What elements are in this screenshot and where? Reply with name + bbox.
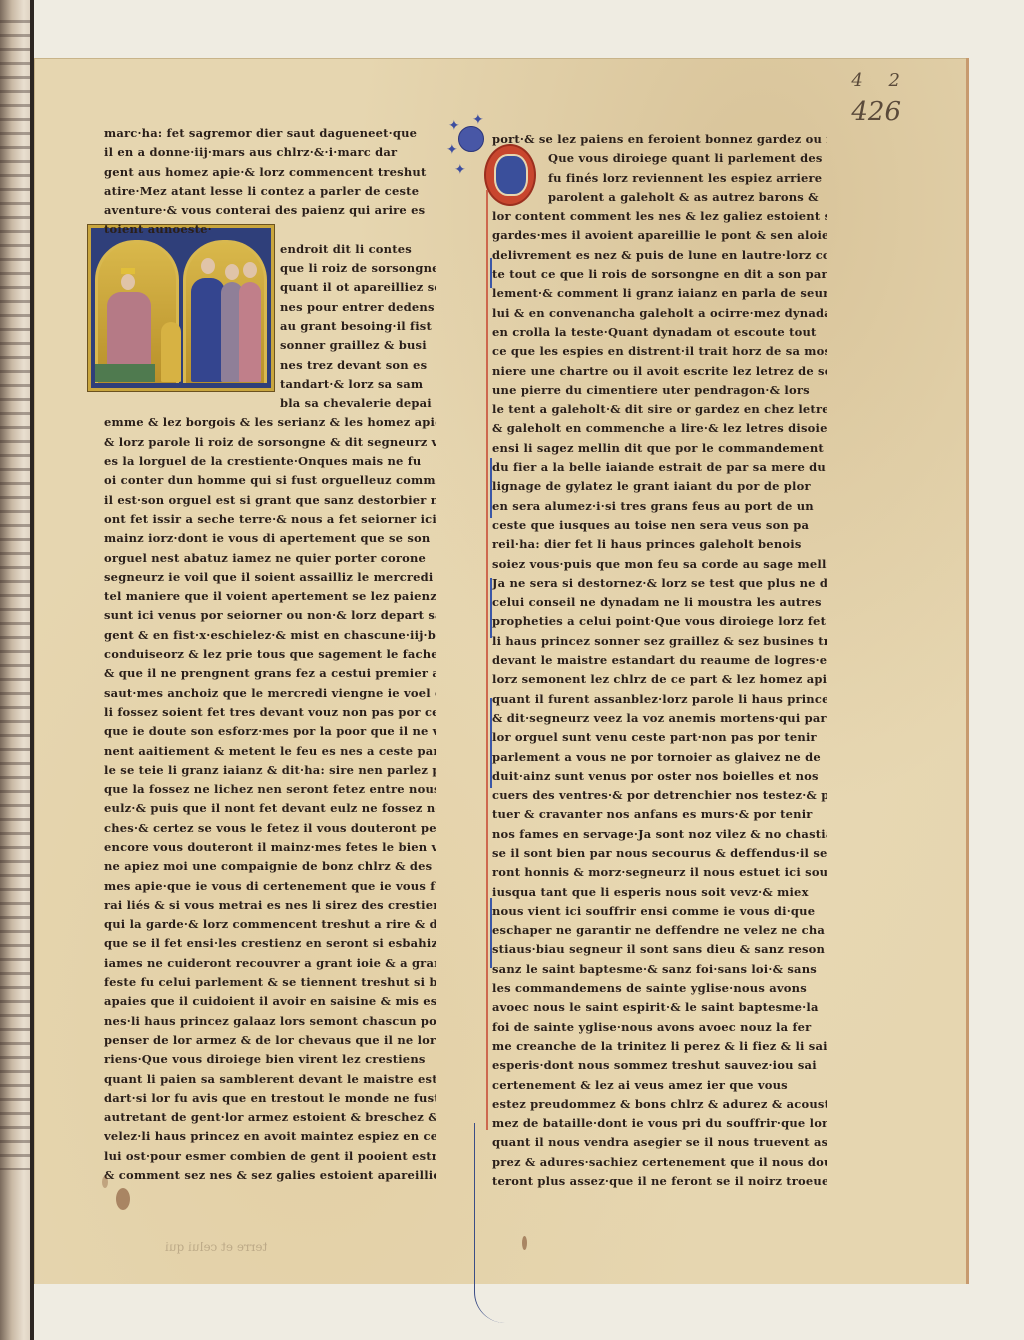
text-line: nes trez devant son es [104,356,436,375]
text-line: esperis·dont nous sommez treshut sauvez·… [492,1056,827,1075]
text-line: eschaper ne garantir ne deffendre ne vel… [492,921,827,940]
ink-stain [102,1176,108,1188]
text-line: nes·li haus princez galaaz lors semont c… [104,1012,436,1031]
text-line: dart·si lor fu avis que en trestout le m… [104,1089,436,1108]
text-line: quant il nous vendra asegier se il nous … [492,1133,827,1152]
text-line: iames ne cuideront recouvrer a grant ioi… [104,954,436,973]
text-line: ensi li sagez mellin dit que por le comm… [492,439,827,458]
text-line: nos fames en servage·Ja sont noz vilez &… [492,825,827,844]
text-line: lor orguel sunt venu ceste part·non pas … [492,728,827,747]
text-line: emme & lez borgois & les serianz & les h… [104,413,436,432]
text-line: apaies que il cuidoient il avoir en sais… [104,992,436,1011]
text-line: au grant besoing·il fist [104,317,436,336]
text-line: parlement a vous ne por tornoier as glai… [492,748,827,767]
text-line: que ie doute son esforz·mes por la poor … [104,722,436,741]
text-line: foi de sainte yglise·nous avons avoec no… [492,1018,827,1037]
text-line: Que vous diroiege quant li parlement des… [492,149,827,168]
offset-ghost-text: terre et celui qui [165,1240,267,1254]
text-line: bla sa chevalerie depai [104,394,436,413]
text-line: tandart·& lorz sa sam [104,375,436,394]
text-line: riens·Que vous diroiege bien virent lez … [104,1050,436,1069]
text-line: cuers des ventres·& por detrenchier nos … [492,786,827,805]
text-line: reil·ha: dier fet li haus princes galeho… [492,535,827,554]
text-line: te tout ce que li rois de sorsongne en d… [492,265,827,284]
text-line: mes apie·que ie vous di certenement que … [104,877,436,896]
text-line: saut·mes anchoiz que le mercredi viengne… [104,684,436,703]
flourish-star-icon: ✦ [448,118,460,134]
text-line: qui la garde·& lorz commencent treshut a… [104,915,436,934]
text-line: aventure·& vous conterai des paienz qui … [104,201,436,220]
text-line: velez·li haus princez en avoit maintez e… [104,1127,436,1146]
text-line: oi conter dun homme qui si fust orguelle… [104,471,436,490]
text-line: avoec nous le saint espirit·& le saint b… [492,998,827,1017]
text-line: prez & adures·sachiez certenement que il… [492,1153,827,1172]
text-line: quant il furent assanblez·lorz parole li… [492,690,827,709]
text-line: le se teie li granz iaianz & dit·ha: sir… [104,761,436,780]
text-line: parolent a galeholt & as autrez barons & [492,188,827,207]
adjacent-page-spine [0,0,34,1340]
text-line: endroit dit li contes [104,240,436,259]
text-line: se il sont bien par nous secourus & deff… [492,844,827,863]
text-line: & galeholt en commenche a lire·& lez let… [492,419,827,438]
text-line: toient aunoeste· [104,220,436,239]
text-line: me creanche de la trinitez li perez & li… [492,1037,827,1056]
text-line: une pierre du cimentiere uter pendragon·… [492,381,827,400]
folio-number: 4 2 426 [851,70,910,127]
text-line: gent & en fist·x·eschielez·& mist en cha… [104,626,436,645]
text-line: stiaus·biau segneur il sont sans dieu & … [492,940,827,959]
text-line: lui & en convenancha galeholt a ocirre·m… [492,304,827,323]
text-line: que li roiz de sorsongne [104,259,436,278]
text-line: ont fet issir a seche terre·& nous a fet… [104,510,436,529]
text-line: ches·& certez se vous le fetez il vous d… [104,819,436,838]
text-line: lui ost·pour esmer combien de gent il po… [104,1147,436,1166]
text-line: es la lorguel de la crestiente·Onques ma… [104,452,436,471]
folio-top-mark: 4 2 [851,70,910,91]
text-line: celui conseil ne dynadam ne li moustra l… [492,593,827,612]
text-line: du fier a la belle iaiande estrait de pa… [492,458,827,477]
text-line: quant li paien sa samblerent devant le m… [104,1070,436,1089]
blue-initial-p [458,126,484,152]
text-line: mainz iorz·dont ie vous di apertement qu… [104,529,436,548]
text-line: conduiseorz & lez prie tous que sagement… [104,645,436,664]
red-marginal-rule [486,190,488,1130]
text-line: segneurz ie voil que il soient assailliz… [104,568,436,587]
text-line: iusqua tant que li esperis nous soit vev… [492,883,827,902]
text-line: atire·Mez atant lesse li contez a parler… [104,182,436,201]
text-line: devant le maistre estandart du reaume de… [492,651,827,670]
text-line: nent aaitiement & metent le feu es nes a… [104,742,436,761]
text-line: eulz·& puis que il nont fet devant eulz … [104,799,436,818]
flourish-star-icon: ✦ [454,162,466,178]
text-line: soiez vous·puis que mon feu sa corde au … [492,555,827,574]
text-line: mez de bataille·dont ie vous pri du souf… [492,1114,827,1133]
text-line: tel maniere que il voient apertement se … [104,587,436,606]
left-text-column: marc·ha: fet sagremor dier saut daguenee… [104,124,436,1185]
text-line: & dit·segneurz veez la voz anemis morten… [492,709,827,728]
text-line: les commandemens de sainte yglise·nous a… [492,979,827,998]
text-line: il en a donne·iij·mars aus chlrz·&·i·mar… [104,143,436,162]
text-line: lor content comment les nes & lez galiez… [492,207,827,226]
text-line: en sera alumez·i·si tres grans feus au p… [492,497,827,516]
ink-stain [522,1236,527,1250]
right-text-column: port·& se lez paiens en feroient bonnez … [492,130,827,1191]
text-line: que la fossez ne lichez nen seront fetez… [104,780,436,799]
text-line: nes pour entrer dedens [104,298,436,317]
text-line: ront honnis & morz·segneurz il nous estu… [492,863,827,882]
text-line: ceste que iusques au toise nen sera veus… [492,516,827,535]
text-line: lignage de gylatez le grant iaiant du po… [492,477,827,496]
manuscript-leaf: 4 2 426 marc·ha: fet sagremor dier saut … [34,58,968,1284]
text-line: que se il fet ensi·les crestienz en sero… [104,934,436,953]
text-line: & lorz parole li roiz de sorsongne & dit… [104,433,436,452]
text-line: il est·son orguel est si grant que sanz … [104,491,436,510]
text-line: fu finés lorz reviennent les espiez arri… [492,169,827,188]
flourish-star-icon: ✦ [446,142,458,158]
text-line: penser de lor armez & de lor chevaus que… [104,1031,436,1050]
text-line: encore vous douteront il mainz·mes fetes… [104,838,436,857]
text-line: quant il ot apareilliez ses [104,278,436,297]
text-line: sunt ici venus por seiorner ou non·& lor… [104,606,436,625]
text-line: gardes·mes il avoient apareillie le pont… [492,226,827,245]
text-line: duit·ainz sunt venus por oster nos boiel… [492,767,827,786]
text-line: feste fu celui parlement & se tiennent t… [104,973,436,992]
text-line: ne apiez moi une compaignie de bonz chlr… [104,857,436,876]
flourish-star-icon: ✦ [472,112,484,128]
text-line: orguel nest abatuz iamez ne quier porter… [104,549,436,568]
text-line: teront plus assez·que il ne feront se il… [492,1172,827,1191]
text-line: lement·& comment li granz iaianz en parl… [492,284,827,303]
text-line: sonner graillez & busi [104,336,436,355]
text-line: sanz le saint baptesme·& sanz foi·sans l… [492,960,827,979]
text-line: en crolla la teste·Quant dynadam ot esco… [492,323,827,342]
ink-stain [116,1188,130,1210]
text-line: li fossez soient fet tres devant vouz no… [104,703,436,722]
text-line: li haus princez sonner sez graillez & se… [492,632,827,651]
text-line: le tent a galeholt·& dit sire or gardez … [492,400,827,419]
text-line: ce que les espies en distrent·il trait h… [492,342,827,361]
text-line: Ja ne sera si destornez·& lorz se test q… [492,574,827,593]
text-line: lorz semonent lez chlrz de ce part & lez… [492,670,827,689]
text-line: propheties a celui point·Que vous diroie… [492,612,827,631]
text-line: estez preudommez & bons chlrz & adurez &… [492,1095,827,1114]
text-line: & comment sez nes & sez galies estoient … [104,1166,436,1185]
folio-page-number: 426 [851,97,910,127]
text-line: marc·ha: fet sagremor dier saut daguenee… [104,124,436,143]
adjacent-page-text-edge [0,20,30,1170]
text-line: niere une chartre ou il avoit escrite le… [492,362,827,381]
text-line: certenement & lez ai veus amez ier que v… [492,1076,827,1095]
text-line: gent aus homez apie·& lorz commencent tr… [104,163,436,182]
text-line: rai liés & si vous metrai es nes li sire… [104,896,436,915]
text-line: tuer & cravanter nos anfans es murs·& po… [492,805,827,824]
text-line: autretant de gent·lor armez estoient & b… [104,1108,436,1127]
text-line: nous vient ici souffrir ensi comme ie vo… [492,902,827,921]
leaf-right-edge [966,58,969,1284]
text-line: port·& se lez paiens en feroient bonnez … [492,130,827,149]
text-line: delivrement es nez & puis de lune en lau… [492,246,827,265]
text-line: & que il ne prengnent grans fez a cestui… [104,664,436,683]
